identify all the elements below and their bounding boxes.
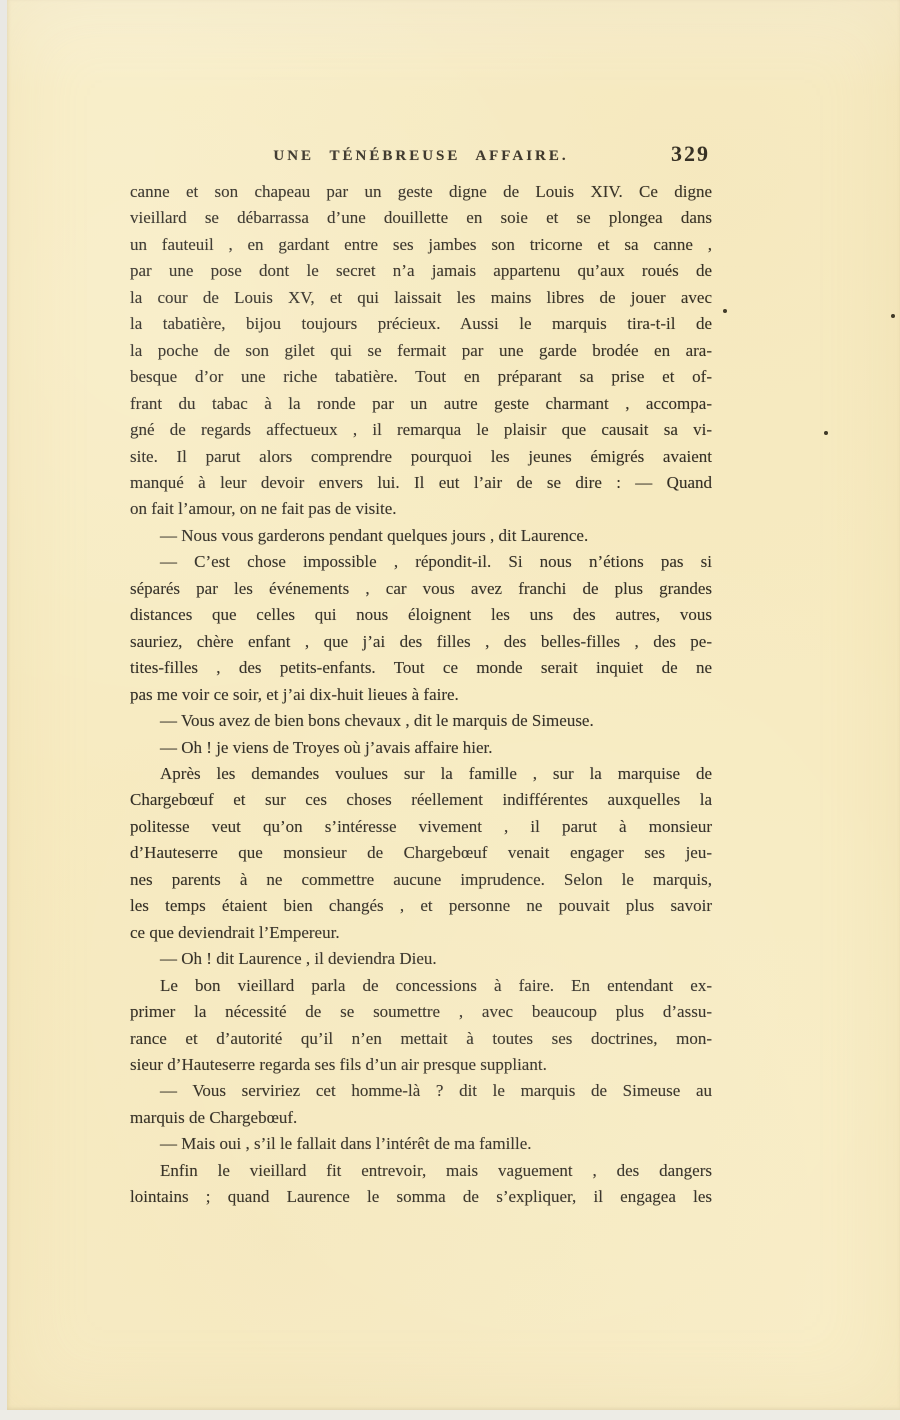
text-line: primer la nécessité de se soumettre , av… bbox=[130, 999, 712, 1025]
scan-edge-left bbox=[0, 0, 7, 1420]
text-line: — Oh ! dit Laurence , il deviendra Dieu. bbox=[130, 946, 712, 972]
text-line: d’Hauteserre que monsieur de Chargebœuf … bbox=[130, 840, 712, 866]
page-header: UNE TÉNÉBREUSE AFFAIRE. 329 bbox=[130, 148, 712, 174]
text-block: canne et son chapeau par un geste digne … bbox=[130, 179, 712, 1211]
text-line: pas me voir ce soir, et j’ai dix-huit li… bbox=[130, 682, 712, 708]
text-line: — Mais oui , s’il le fallait dans l’inté… bbox=[130, 1131, 712, 1157]
page-content: UNE TÉNÉBREUSE AFFAIRE. 329 canne et son… bbox=[130, 148, 712, 1211]
text-line: lointains ; quand Laurence le somma de s… bbox=[130, 1184, 712, 1210]
text-line: Enfin le vieillard fit entrevoir, mais v… bbox=[130, 1158, 712, 1184]
text-line: — Vous serviriez cet homme-là ? dit le m… bbox=[130, 1078, 712, 1104]
text-line: un fauteuil , en gardant entre ses jambe… bbox=[130, 232, 712, 258]
text-line: nes parents à ne commettre aucune imprud… bbox=[130, 867, 712, 893]
text-line: — Nous vous garderons pendant quelques j… bbox=[130, 523, 712, 549]
text-line: gné de regards affectueux , il remarqua … bbox=[130, 417, 712, 443]
text-line: marquis de Chargebœuf. bbox=[130, 1105, 712, 1131]
text-line: Chargebœuf et sur ces choses réellement … bbox=[130, 787, 712, 813]
text-line: Après les demandes voulues sur la famill… bbox=[130, 761, 712, 787]
text-line: la cour de Louis XV, et qui laissait les… bbox=[130, 285, 712, 311]
text-line: on fait l’amour, on ne fait pas de visit… bbox=[130, 496, 712, 522]
book-page: UNE TÉNÉBREUSE AFFAIRE. 329 canne et son… bbox=[7, 0, 900, 1410]
text-line: sauriez, chère enfant , que j’ai des fil… bbox=[130, 629, 712, 655]
text-line: rance et d’autorité qu’il n’en mettait à… bbox=[130, 1026, 712, 1052]
text-line: besque d’or une riche tabatière. Tout en… bbox=[130, 364, 712, 390]
text-line: — Oh ! je viens de Troyes où j’avais aff… bbox=[130, 735, 712, 761]
text-line: ce que deviendrait l’Empereur. bbox=[130, 920, 712, 946]
text-line: politesse veut qu’on s’intéresse vivemen… bbox=[130, 814, 712, 840]
text-line: séparés par les événements , car vous av… bbox=[130, 576, 712, 602]
text-line: la poche de son gilet qui se fermait par… bbox=[130, 338, 712, 364]
text-line: la tabatière, bijou toujours précieux. A… bbox=[130, 311, 712, 337]
text-line: distances que celles qui nous éloignent … bbox=[130, 602, 712, 628]
text-line: frant du tabac à la ronde par un autre g… bbox=[130, 391, 712, 417]
text-line: tites-filles , des petits-enfants. Tout … bbox=[130, 655, 712, 681]
text-line: site. Il parut alors comprendre pourquoi… bbox=[130, 444, 712, 470]
scan-edge-bottom bbox=[0, 1410, 900, 1420]
page-number: 329 bbox=[671, 141, 710, 167]
text-line: par une pose dont le secret n’a jamais a… bbox=[130, 258, 712, 284]
text-line: canne et son chapeau par un geste digne … bbox=[130, 179, 712, 205]
ink-speck bbox=[891, 314, 895, 318]
text-line: manqué à leur devoir envers lui. Il eut … bbox=[130, 470, 712, 496]
ink-speck bbox=[824, 431, 828, 435]
text-line: les temps étaient bien changés , et pers… bbox=[130, 893, 712, 919]
page-title: UNE TÉNÉBREUSE AFFAIRE. bbox=[130, 148, 712, 165]
text-line: sieur d’Hauteserre regarda ses fils d’un… bbox=[130, 1052, 712, 1078]
text-line: — Vous avez de bien bons chevaux , dit l… bbox=[130, 708, 712, 734]
text-line: — C’est chose impossible , répondit-il. … bbox=[130, 549, 712, 575]
text-line: vieillard se débarrassa d’une douillette… bbox=[130, 205, 712, 231]
ink-speck bbox=[723, 309, 727, 313]
text-line: Le bon vieillard parla de concessions à … bbox=[130, 973, 712, 999]
